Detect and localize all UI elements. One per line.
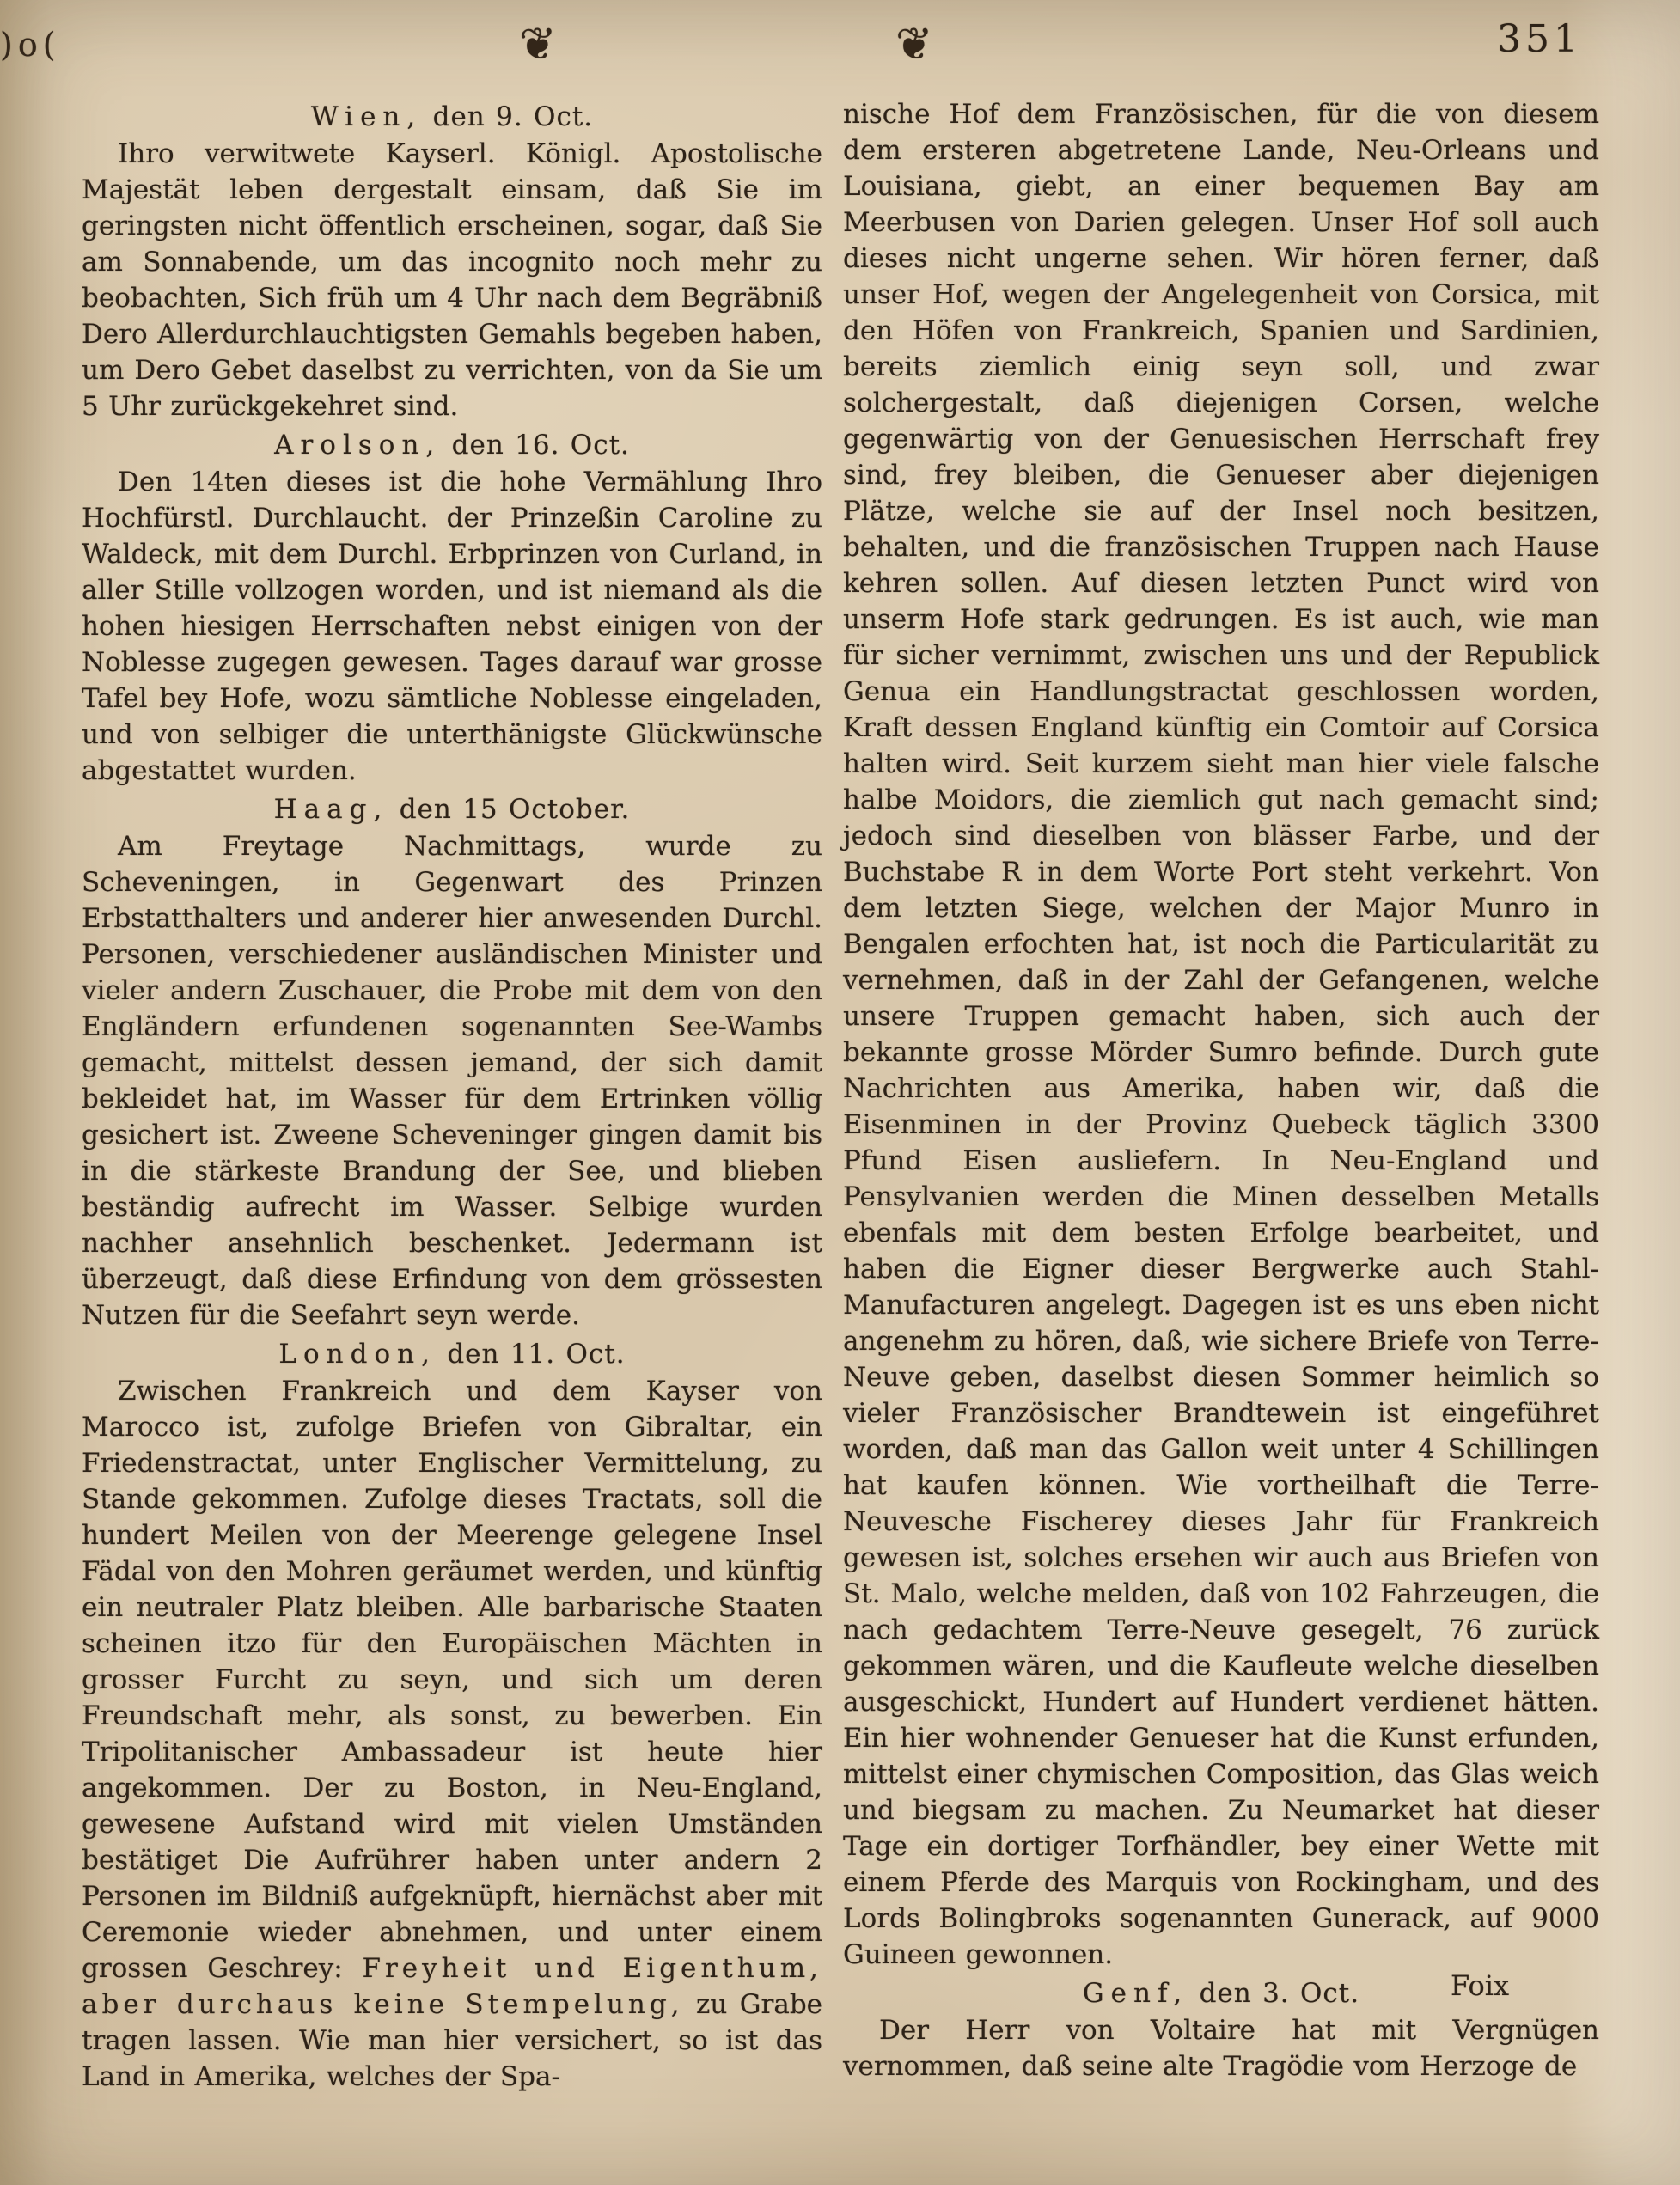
dateline-city: Arolson, (274, 430, 441, 461)
page-text-block: Wien, den 9. Oct. Ihro verwitwete Kayser… (82, 96, 1599, 2095)
dateline-heading: Arolson, den 16. Oct. (82, 427, 822, 463)
printers-mark: )o( (0, 27, 61, 62)
dateline-heading: Wien, den 9. Oct. (82, 99, 822, 135)
fleuron-icon: ❦ (519, 22, 557, 67)
catchword: Foix (1451, 1969, 1509, 2002)
dateline-date: den 9. Oct. (433, 101, 594, 132)
left-column: Wien, den 9. Oct. Ihro verwitwete Kayser… (82, 96, 822, 2095)
dateline-city: Genf, (1083, 1978, 1188, 2009)
paragraph-text: Zwischen Frankreich und dem Kayser von M… (82, 1376, 822, 1984)
dateline-date: den 11. Oct. (447, 1339, 625, 1370)
dateline-city: Wien, (311, 101, 422, 132)
dateline-city: Haag, (274, 794, 389, 825)
article-paragraph: Ihro verwitwete Kayserl. Königl. Apostol… (82, 136, 822, 424)
dateline-city: London, (278, 1339, 437, 1370)
page-number: 351 (1497, 17, 1582, 61)
article-paragraph: Den 14ten dieses ist die hohe Vermählung… (82, 464, 822, 789)
dateline-date: den 15 October. (400, 794, 631, 825)
dateline-date: den 16. Oct. (452, 430, 630, 461)
dateline-heading: London, den 11. Oct. (82, 1336, 822, 1372)
dateline-heading: Haag, den 15 October. (82, 791, 822, 827)
article-paragraph: Der Herr von Voltaire hat mit Vergnügen … (843, 2012, 1599, 2084)
article-paragraph: Zwischen Frankreich und dem Kayser von M… (82, 1373, 822, 2095)
article-paragraph: nische Hof dem Französischen, für die vo… (843, 96, 1599, 1973)
article-paragraph: Am Freytage Nachmittags, wurde zu Scheve… (82, 828, 822, 1334)
right-column: nische Hof dem Französischen, für die vo… (843, 96, 1599, 2095)
dateline-date: den 3. Oct. (1200, 1978, 1360, 2009)
fleuron-icon: ❦ (895, 22, 933, 67)
